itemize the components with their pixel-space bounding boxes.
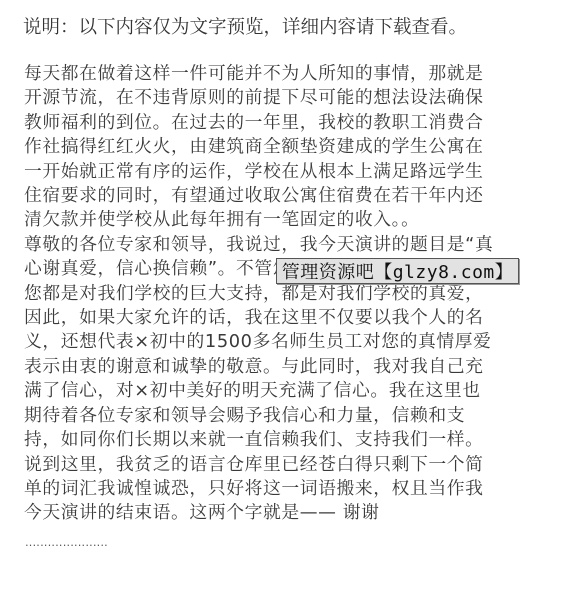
watermark-label: 管理资源吧【glzy8.com】 [276,258,519,284]
preview-notice: 说明：以下内容仅为文字预览，详细内容请下载查看。 [23,16,467,40]
paragraph-1: 每天都在做着这样一件可能并不为人所知的事情，那就是开源节流，在不违背原则的前提下… [24,62,494,233]
truncation-ellipsis: ‥‥‥‥‥‥‥‥‥‥‥ [25,537,108,549]
document-body: 每天都在做着这样一件可能并不为人所知的事情，那就是开源节流，在不违背原则的前提下… [24,62,494,526]
